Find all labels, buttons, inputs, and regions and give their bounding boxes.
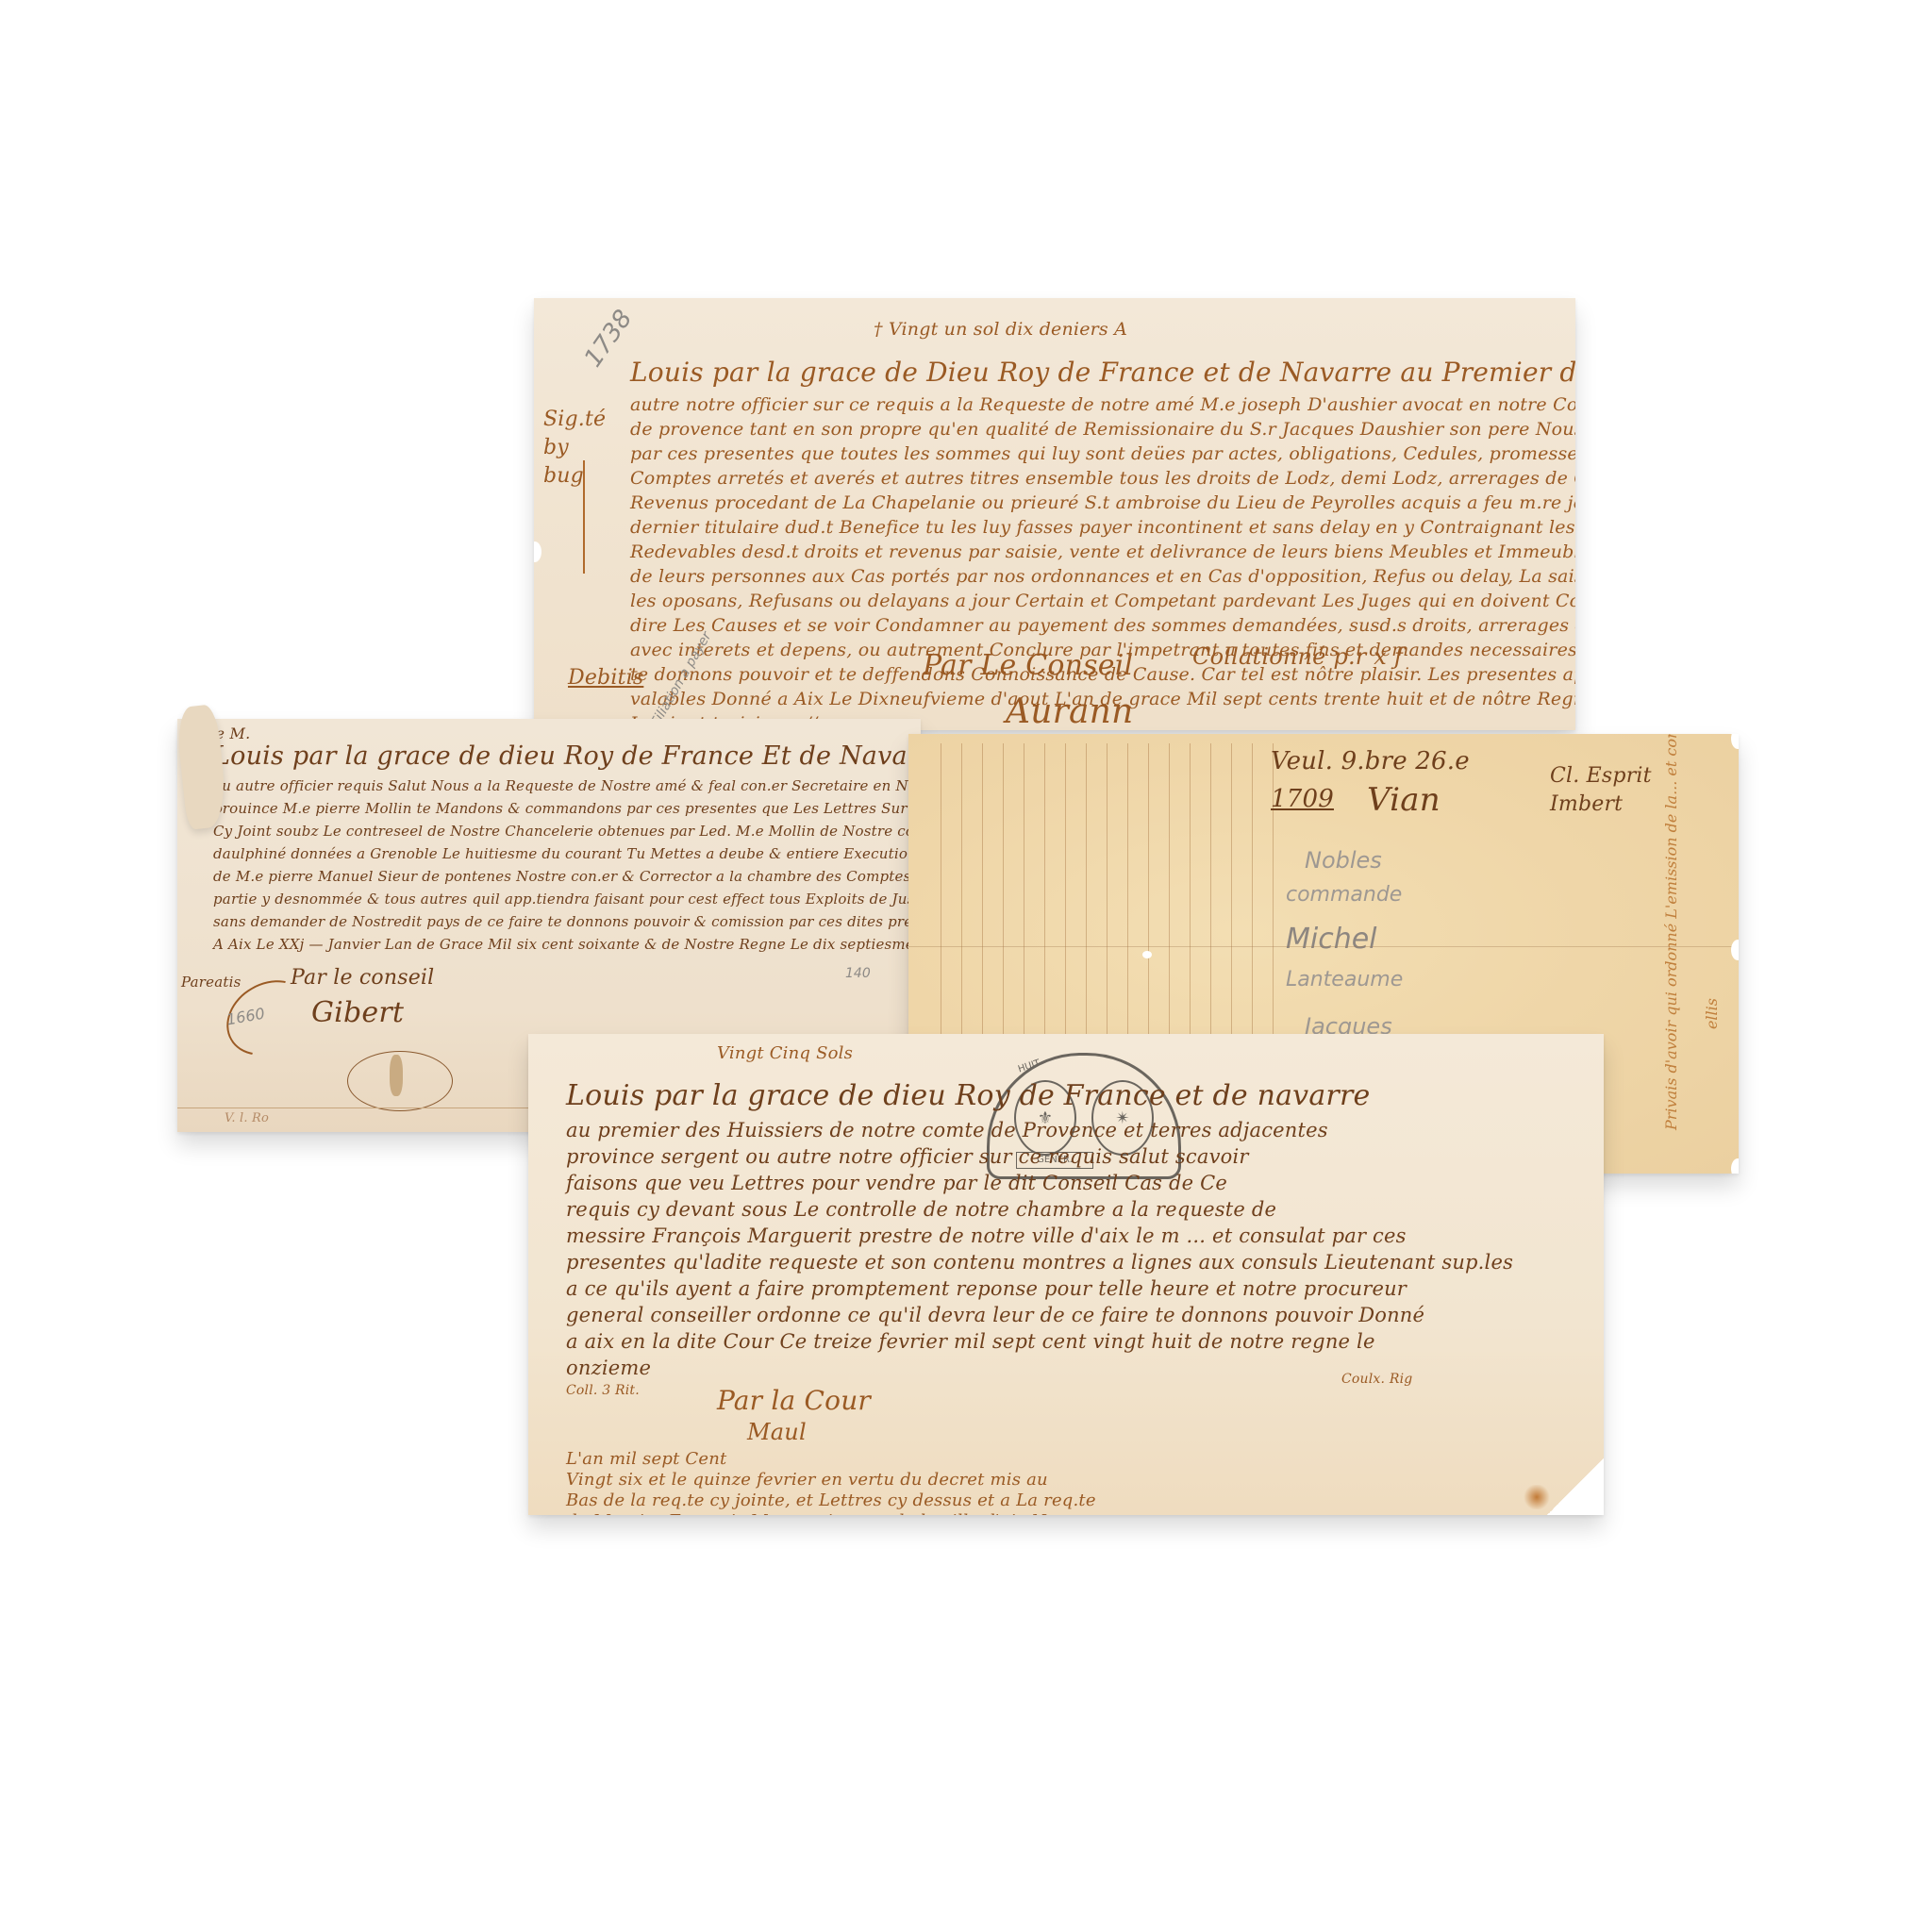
text-line-14: valables Donné a Aix Le Dixneufvieme d'a…	[630, 689, 1575, 709]
service-line-1: L'an mil sept Cent	[566, 1449, 726, 1469]
text-line-2: autre notre officier sur ce requis a la …	[630, 394, 1575, 415]
text-line-9: de leurs personnes aux Cas portés par no…	[630, 566, 1575, 587]
paper-notch-bottom	[1731, 1158, 1739, 1174]
signature: Gibert	[311, 996, 404, 1029]
service-line-3: Bas de la req.te cy jointe, et Lettres c…	[566, 1491, 1096, 1510]
text-line-8: sans demander de Nostredit pays de ce fa…	[213, 913, 921, 930]
paper-notch	[534, 541, 541, 562]
text-line-5: Comptes arretés et averés et autres titr…	[630, 468, 1575, 489]
registry-note: Coulx. Rig	[1341, 1372, 1412, 1387]
signature: Maul	[747, 1419, 807, 1445]
document-1726-letter: Vingt Cinq Sols HUIT ⚜ ✴ GENER. Louis pa…	[528, 1034, 1604, 1515]
text-line-12: avec interets et depens, ou autrement Co…	[630, 640, 1575, 660]
text-line-7: dernier titulaire dud.t Benefice tu les …	[630, 517, 1575, 538]
text-line-2: ou autre officier requis Salut Nous a la…	[213, 777, 921, 794]
text-line-8: Redevables desd.t droits et revenus par …	[630, 541, 1575, 562]
text-line-1: Louis par la grace de dieu Roy de France…	[566, 1079, 1370, 1112]
pencil-date: 1738	[579, 305, 639, 372]
date-note: Veul. 9.bre 26.e	[1271, 747, 1470, 775]
bleed-word-4: Lanteaume	[1286, 968, 1403, 991]
text-line-3: prouince M.e pierre Mollin te Mandons & …	[213, 800, 921, 817]
stain	[1523, 1485, 1551, 1509]
fold-note: V. l. Ro	[225, 1111, 269, 1125]
text-line-13: te donnons pouvoir et te deffendons Conn…	[630, 664, 1575, 685]
text-line-7: partie y desnommée & tous autres quil ap…	[213, 891, 921, 908]
margin-note: Privais d'avoir qui ordonné L'emission d…	[1663, 923, 1680, 1130]
text-line-11: dire Les Causes et se voir Condamner au …	[630, 615, 1575, 636]
text-line-9: A Aix Le XXj — Janvier Lan de Grace Mil …	[213, 936, 914, 953]
text-line-10: les oposans, Refusans ou delayans a jour…	[630, 591, 1575, 611]
collation-note: Coll. 3 Rit.	[566, 1383, 640, 1398]
year: 1709	[1271, 785, 1334, 813]
document-heading: † Vingt un sol dix deniers A	[874, 319, 1127, 340]
text-line-2: au premier des Huissiers de notre comte …	[566, 1119, 1328, 1141]
margin-rule	[583, 460, 585, 574]
text-line-5: daulphiné données a Grenoble Le huitiesm…	[213, 845, 921, 862]
fold-crease	[908, 946, 1739, 947]
text-line-3: de provence tant en son propre qu'en qua…	[630, 419, 1575, 440]
document-1738-letter: 1738 † Vingt un sol dix deniers A Sig.té…	[534, 298, 1575, 730]
seal-remnant	[390, 1055, 403, 1096]
service-line-2: Vingt six et le quinze fevrier en vertu …	[566, 1470, 1048, 1490]
bleed-word-3: Michel	[1286, 923, 1377, 956]
stamp-top-label: HUIT	[1017, 1058, 1041, 1075]
text-line-6: Revenus procedant de La Chapelanie ou pr…	[630, 492, 1575, 513]
closing-formula: Par la Cour	[717, 1385, 871, 1416]
margin-note: Sig.té by bug	[543, 406, 609, 491]
text-line-5: requis cy devant sous Le controlle de no…	[566, 1198, 1276, 1221]
registration-name: Vian	[1367, 781, 1441, 819]
pencil-number: 140	[845, 966, 871, 981]
text-line-1: Louis par la grace de dieu Roy de France…	[213, 741, 921, 771]
torn-corner	[1547, 1458, 1604, 1515]
text-line-1: Louis par la grace de Dieu Roy de France…	[630, 357, 1575, 388]
service-line-4: de Messire François Marguerit p.tre de l…	[566, 1511, 1076, 1515]
text-line-11: onzieme	[566, 1357, 651, 1379]
closing-formula: Par le conseil	[291, 966, 434, 990]
text-line-4: faisons que veu Lettres pour vendre par …	[566, 1172, 1227, 1194]
paper-notch-mid	[1731, 940, 1739, 960]
text-line-6: de M.e pierre Manuel Sieur de pontenes N…	[213, 868, 921, 885]
text-line-3: province sergent ou autre notre officier…	[566, 1145, 1249, 1168]
text-line-4: Cy Joint soubz Le contreseel de Nostre C…	[213, 823, 921, 840]
text-line-8: a ce qu'ils ayent a faire promptement re…	[566, 1277, 1407, 1300]
bleed-word-2: commande	[1286, 883, 1402, 907]
margin-word: ellis	[1703, 998, 1721, 1029]
text-line-7: presentes qu'ladite requeste et son cont…	[566, 1251, 1513, 1274]
text-line-9: general conseiller ordonne ce qu'il devr…	[566, 1304, 1424, 1326]
bleed-word-1: Nobles	[1305, 847, 1382, 874]
text-line-10: a aix en la dite Cour Ce treize fevrier …	[566, 1330, 1375, 1353]
text-line-6: messire François Marguerit prestre de no…	[566, 1224, 1407, 1247]
text-line-4: par ces presentes que toutes les sommes …	[630, 443, 1575, 464]
paper-notch-top	[1731, 734, 1739, 749]
document-heading: Vingt Cinq Sols	[717, 1043, 853, 1063]
endorsement: Pareatis	[181, 974, 241, 991]
pin-hole	[1142, 951, 1152, 958]
